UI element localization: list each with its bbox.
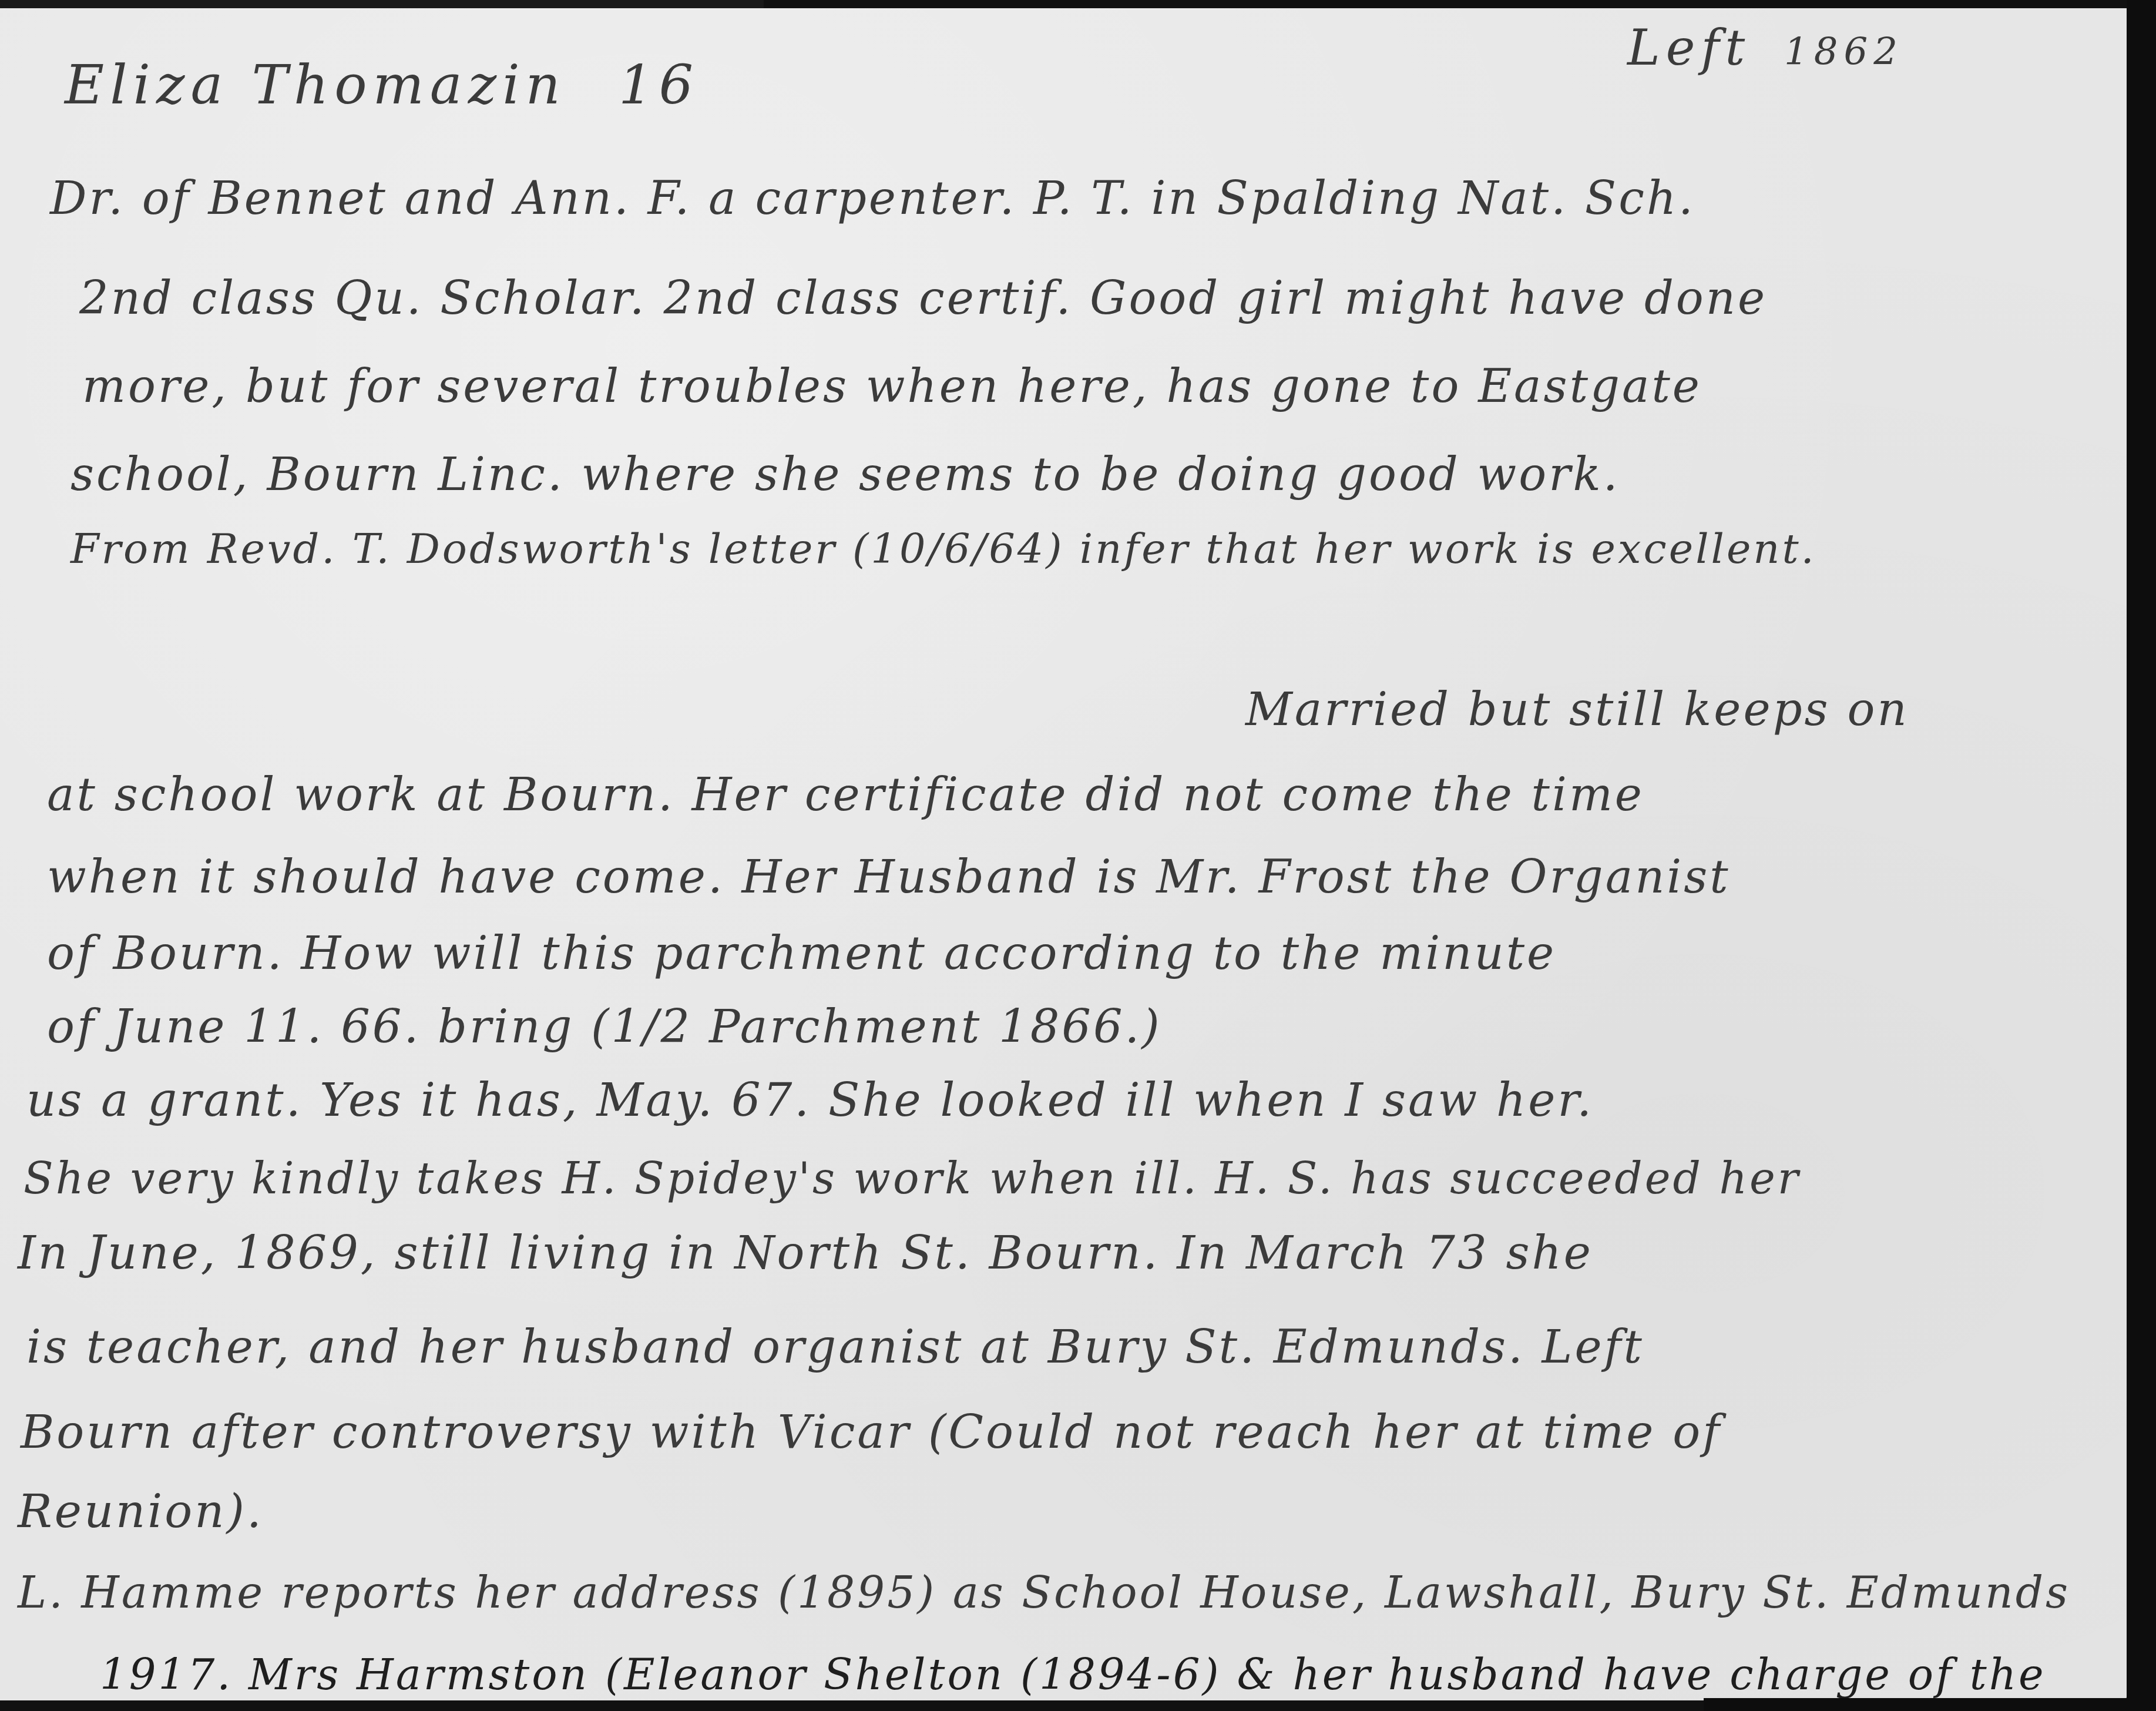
text-line-17: L. Hamme reports her address (1895) as S… [18,1571,2070,1615]
text-line-14: is teacher, and her husband organist at … [26,1324,1644,1370]
text-line-5: From Revd. T. Dodsworth's letter (10/6/6… [70,528,1816,569]
text-line-8: when it should have come. Her Husband is… [47,854,1731,900]
record-name: Eliza Thomazin 16 [65,58,699,112]
text-line-2: 2nd class Qu. Scholar. 2nd class certif.… [79,276,1767,321]
text-line-12: She very kindly takes H. Spidey's work w… [23,1157,1801,1200]
text-line-16: Reunion). [18,1489,264,1535]
text-line-7: at school work at Bourn. Her certificate… [47,772,1644,818]
text-line-1: Dr. of Bennet and Ann. F. a carpenter. P… [50,176,1695,222]
student-name: Eliza Thomazin [65,53,566,116]
text-line-10: of June 11. 66. bring (1/2 Parchment 186… [47,1004,1162,1050]
text-line-9: of Bourn. How will this parchment accord… [47,931,1556,977]
text-line-3: more, but for several troubles when here… [82,364,1702,410]
left-year: 1862 [1784,31,1903,74]
scan-border-top [0,0,764,8]
left-date: Left 1862 [1627,23,1903,72]
text-line-18: 1917. Mrs Harmston (Eleanor Shelton (189… [100,1653,2046,1696]
text-line-11: us a grant. Yes it has, May. 67. She loo… [26,1078,1594,1123]
scan-border-bottom [1704,1698,2156,1711]
text-line-6: Married but still keeps on [1245,687,1909,733]
text-line-13: In June, 1869, still living in North St.… [18,1230,1593,1276]
record-card: Eliza Thomazin 16 Left 1862 Dr. of Benne… [0,8,2127,1700]
text-line-4: school, Bourn Linc. where she seems to b… [70,452,1620,498]
student-number: 16 [619,53,699,116]
left-label: Left [1627,19,1751,76]
text-line-15: Bourn after controversy with Vicar (Coul… [21,1410,1722,1455]
scan-border-right [2127,0,2156,1711]
